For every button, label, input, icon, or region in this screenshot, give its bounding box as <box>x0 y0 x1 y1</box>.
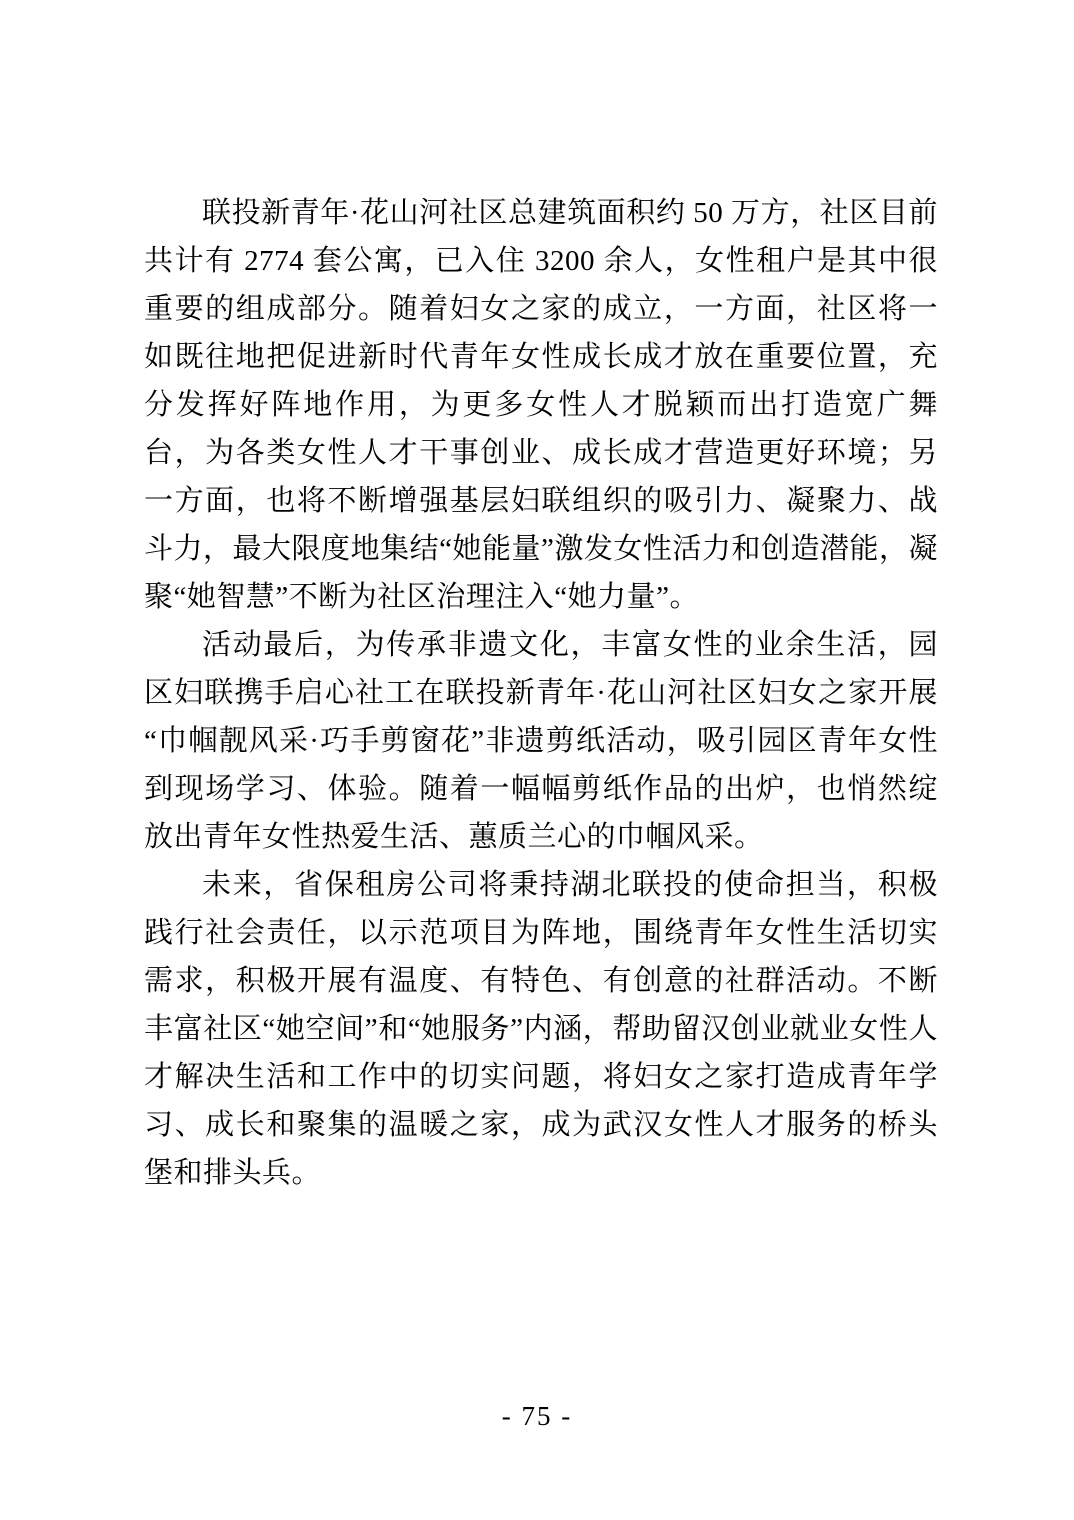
body-paragraph-3: 未来，省保租房公司将秉持湖北联投的使命担当，积极践行社会责任，以示范项目为阵地，… <box>144 861 938 1197</box>
body-paragraph-1: 联投新青年·花山河社区总建筑面积约 50 万方，社区目前共计有 2774 套公寓… <box>144 189 938 621</box>
document-page: 联投新青年·花山河社区总建筑面积约 50 万方，社区目前共计有 2774 套公寓… <box>0 0 1074 1520</box>
page-footer: - 75 - <box>0 1398 1074 1434</box>
document-body: 联投新青年·花山河社区总建筑面积约 50 万方，社区目前共计有 2774 套公寓… <box>144 189 938 1197</box>
page-number: - 75 - <box>502 1401 572 1431</box>
body-paragraph-2: 活动最后，为传承非遗文化，丰富女性的业余生活，园区妇联携手启心社工在联投新青年·… <box>144 621 938 861</box>
